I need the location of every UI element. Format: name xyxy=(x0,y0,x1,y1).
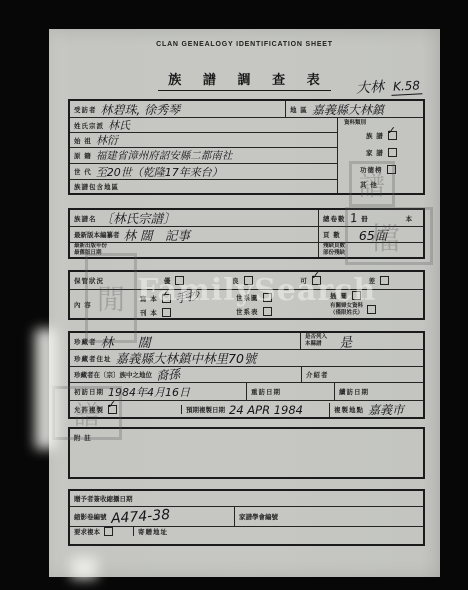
section-notes: 附 註 xyxy=(68,427,425,479)
film-number-label: 縮影卷編號 xyxy=(74,512,107,521)
followup-visit-label: 續訪日期 xyxy=(339,387,369,396)
scan-glare xyxy=(71,557,97,579)
condition-excellent-label: 優 xyxy=(164,276,172,285)
notes-label: 附 註 xyxy=(74,433,92,442)
area-value: 嘉義縣大林鎮 xyxy=(312,101,384,118)
manuscript-label: 寫 本 xyxy=(140,294,158,303)
address-label: 珍藏者住址 xyxy=(74,354,112,363)
copy-place-label: 複製地點 xyxy=(334,405,364,414)
print-checkbox xyxy=(162,308,171,317)
book-title-label: 族譜名 xyxy=(74,214,97,223)
introducer-label: 介紹者 xyxy=(306,370,329,379)
first-visit-value: 1984年4月16日 xyxy=(108,384,190,400)
first-visit-label: 初訪日期 xyxy=(74,387,104,396)
catalog-number: K.58 xyxy=(391,78,423,96)
copy-permission-label: 允許複製 xyxy=(74,405,104,414)
generations-value: 至20世（乾隆17年来台） xyxy=(96,164,223,180)
catalog-area: 大林 xyxy=(356,76,385,97)
manuscript-checkbox: ✓ xyxy=(162,294,171,303)
copy-request-checkbox xyxy=(104,527,113,536)
society-number-label: 家譜學會編號 xyxy=(239,512,278,521)
illustration-label: 插 圖 xyxy=(330,291,348,300)
origin-value: 福建省漳州府詔安縣二都南社 xyxy=(96,148,233,163)
condition-label: 保管狀況 xyxy=(74,276,104,285)
mailing-address-label: 寄贈地址 xyxy=(138,527,168,536)
generations-label: 世 代 xyxy=(74,167,92,176)
lineage-table-label: 世系表 xyxy=(236,307,259,316)
volumes-value: 1 xyxy=(349,211,359,226)
copy-date-label: 預期複製日期 xyxy=(186,405,225,414)
address-value: 嘉義縣大林鎮中林里70號 xyxy=(116,349,257,367)
interviewee-value: 林碧珠, 徐秀琴 xyxy=(101,101,181,118)
copy-date-value: 24 APR 1984 xyxy=(229,403,303,417)
origin-label: 原 籍 xyxy=(74,151,92,160)
page-title: 族 譜 調 查 表 xyxy=(158,69,330,91)
category-jiapu-checkbox xyxy=(388,148,397,157)
condition-fair-checkbox: ✓ xyxy=(312,276,321,285)
pages-value: 65面 xyxy=(359,226,387,244)
volumes-unit-ben: 本 xyxy=(406,214,414,223)
donor-signature-label: 贈予者簽收縮攝日期 xyxy=(74,494,133,503)
manuscript-note: 手抄 xyxy=(174,286,201,307)
lineage-chart-checkbox xyxy=(263,293,272,302)
interviewee-label: 受訪者 xyxy=(74,105,97,114)
lineage-chart-label: 世系圖 xyxy=(236,293,259,302)
editor-label: 最新版本編纂者 xyxy=(74,230,120,239)
coverage-label: 族譜包含地區 xyxy=(74,182,119,191)
condition-poor-label: 差 xyxy=(369,276,377,285)
listed-label: 是否列入 本縣譜 xyxy=(305,334,327,348)
category-zupu-checkbox: ✓ xyxy=(388,131,397,140)
film-number-value: A474-38 xyxy=(110,506,170,526)
condition-poor-checkbox xyxy=(380,276,389,285)
pages-label: 頁 數 xyxy=(323,230,341,239)
book-title-value: 〔林氏宗譜〕 xyxy=(101,209,176,227)
section-basic-info: 受訪者 林碧珠, 徐秀琴 地 區 嘉義縣大林鎮 姓氏宗派 林氏 xyxy=(68,99,425,195)
founder-label: 始 祖 xyxy=(74,136,92,145)
form-paper: CLAN GENEALOGY IDENTIFICATION SHEET 族 譜 … xyxy=(49,29,440,577)
section-keeper: 珍藏者 林 闊 是否列入 本縣譜 是 珍藏者住址 嘉義縣大林鎮中林里70號 xyxy=(68,331,425,419)
condition-good-label: 良 xyxy=(232,276,240,285)
scanned-document: CLAN GENEALOGY IDENTIFICATION SHEET 族 譜 … xyxy=(0,0,468,590)
category-zupu-label: 族 譜 xyxy=(366,131,384,140)
second-visit-label: 重訪日期 xyxy=(251,387,281,396)
keeper-label: 珍藏者 xyxy=(74,337,97,346)
handwritten-catalog-mark: 大林 K.58 xyxy=(356,74,423,97)
copy-permission-checkbox: ✓ xyxy=(108,405,117,414)
condition-good-checkbox xyxy=(244,276,253,285)
english-header: CLAN GENEALOGY IDENTIFICATION SHEET xyxy=(49,41,440,48)
women-data-label: 有關婦女資料 （僅限姓氏） xyxy=(330,303,363,317)
volumes-unit-ce: 冊 xyxy=(361,214,369,223)
category-gongdebang-label: 功德榜 xyxy=(360,165,383,174)
section-admin: 贈予者簽收縮攝日期 縮影卷編號 A474-38 家譜學會編號 要求複本 xyxy=(68,489,425,546)
position-label: 珍藏者在〔宗〕族中之地位 xyxy=(74,370,152,379)
keeper-value: 林 闊 xyxy=(101,332,161,351)
category-gongdebang-checkbox xyxy=(387,165,396,174)
women-data-checkbox xyxy=(367,305,376,314)
category-header: 資料類別 xyxy=(344,120,417,127)
lineage-table-checkbox xyxy=(263,307,272,316)
copy-place-value: 嘉義市 xyxy=(368,401,404,418)
copy-request-label: 要求複本 xyxy=(74,527,100,536)
section-book-info: 族譜名 〔林氏宗譜〕 總卷數 1 冊 本 最新版本編纂者 林 闊 記事 頁 數 … xyxy=(68,208,425,259)
content-label: 內 容 xyxy=(74,300,92,309)
condition-excellent-checkbox xyxy=(175,276,184,285)
editor-value: 林 闊 記事 xyxy=(124,226,190,244)
position-value: 裔孫 xyxy=(155,365,180,384)
founder-value: 林衍 xyxy=(96,132,118,148)
category-jiapu-label: 家 譜 xyxy=(366,148,384,157)
pubyear-label: 最新出版年份 最舊版日期 xyxy=(74,243,107,257)
print-label: 刊 本 xyxy=(140,308,158,317)
surname-label: 姓氏宗派 xyxy=(74,121,104,130)
surname-value: 林氏 xyxy=(108,117,130,133)
area-label: 地 區 xyxy=(290,105,308,114)
scan-glare xyxy=(35,329,57,449)
listed-value: 是 xyxy=(338,331,353,351)
section-condition: 保管狀況 優 良 可 ✓ 差 xyxy=(68,270,425,320)
missing-pages-label: 殘缺頁數 部份殘缺 xyxy=(323,243,345,257)
category-other-label: 其 他 xyxy=(360,180,378,189)
volumes-label: 總卷數 xyxy=(323,214,346,223)
condition-fair-label: 可 xyxy=(300,276,308,285)
illustration-checkbox xyxy=(352,291,361,300)
